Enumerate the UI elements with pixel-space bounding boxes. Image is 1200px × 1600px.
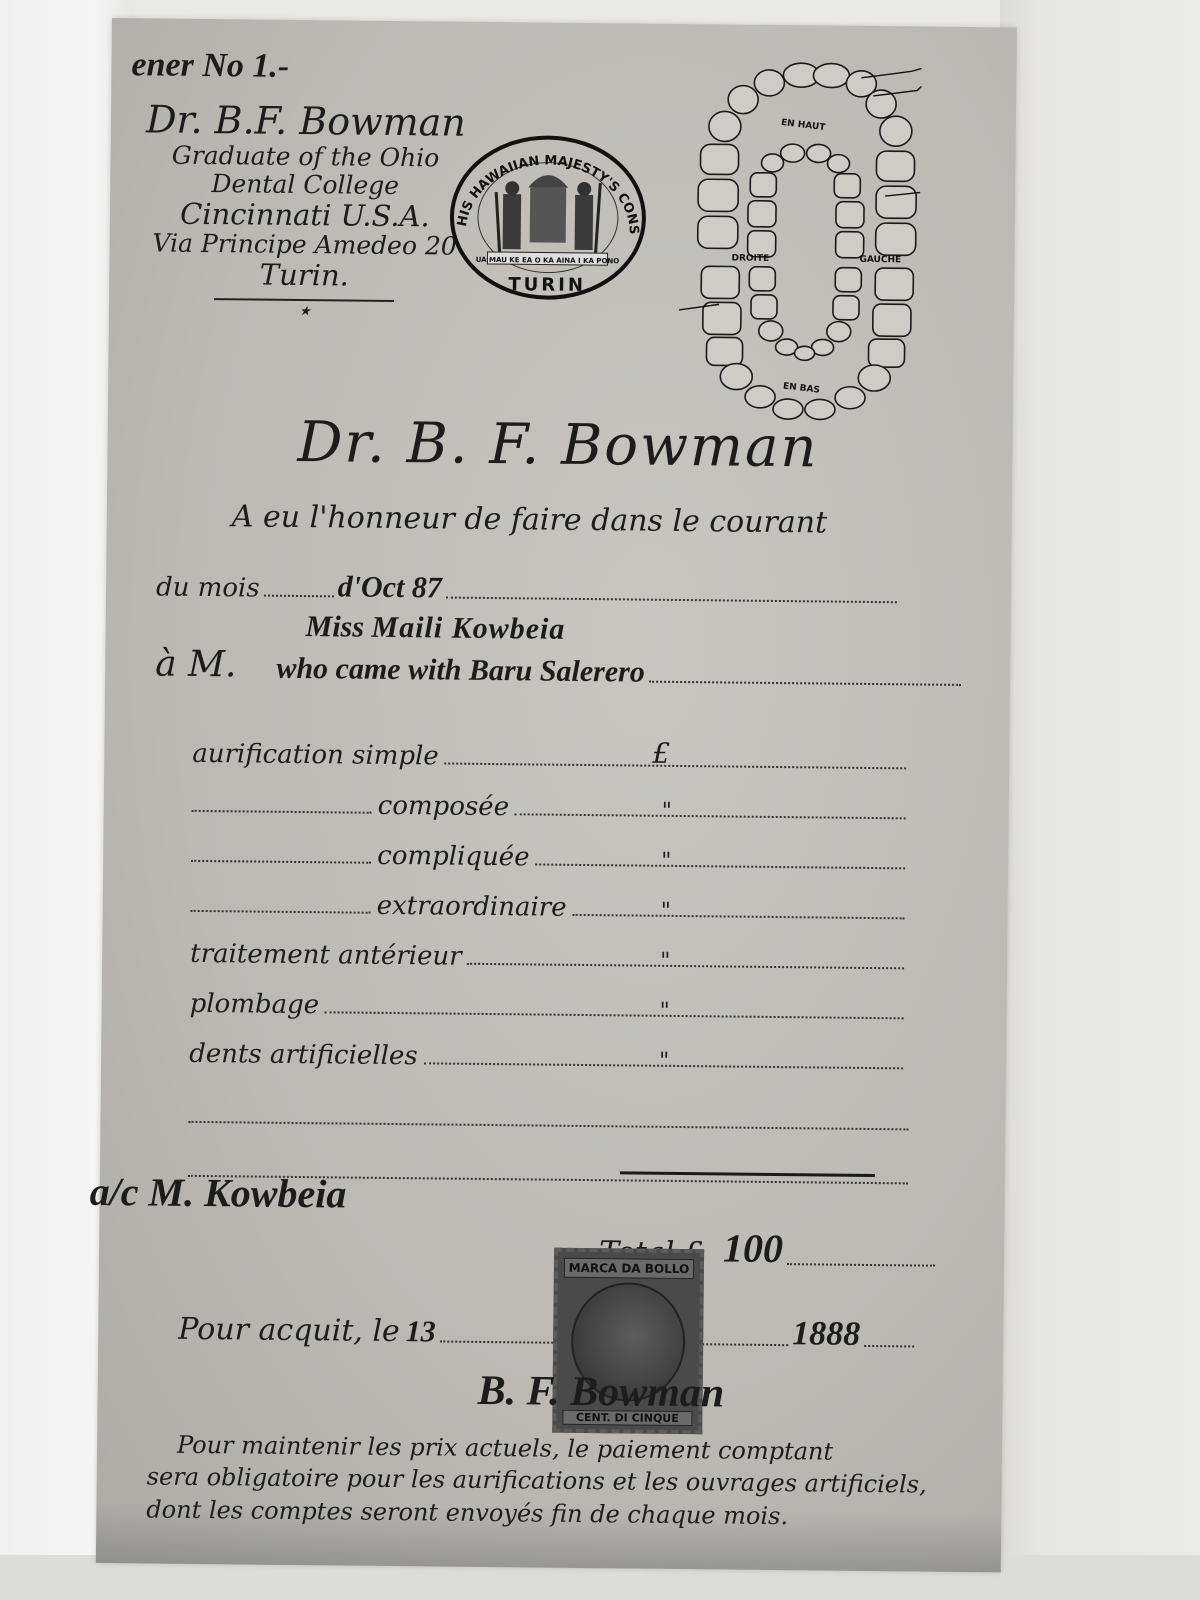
letterhead: Dr. B.F. Bowman Graduate of the Ohio Den… (139, 98, 471, 328)
letterhead-name: Dr. B.F. Bowman (141, 98, 471, 144)
service-item: extraordinaire " (191, 869, 911, 927)
handwritten-header-note: ener No 1.- (131, 46, 289, 86)
book-page-right-margin (1000, 0, 1200, 1600)
svg-text:TURIN: TURIN (508, 274, 586, 296)
letterhead-location: Cincinnati U.S.A. (140, 197, 470, 233)
ditto-mark: " (661, 899, 671, 924)
service-item: traitement antérieur " (190, 919, 910, 977)
practitioner-name: Dr. B. F. Bowman (297, 410, 819, 480)
ditto-mark: " (659, 999, 669, 1024)
receipt-field: Pour acquit, le 13 Mars 1888 (178, 1309, 918, 1355)
item-label: compliquée (377, 841, 530, 873)
recipient-name: Maili Kowbeia (371, 611, 565, 646)
svg-text:UA MAU KE EA O KA AINA I KA PO: UA MAU KE EA O KA AINA I KA PONO (476, 256, 620, 266)
item-label: dents artificielles (189, 1039, 418, 1071)
letterhead-credential-2: Dental College (140, 169, 470, 200)
recipient-prefix: Miss (305, 610, 364, 644)
item-label: traitement antérieur (190, 939, 462, 972)
tooth-chart: EN HAUT EN BAS DROITE GAUCHE (678, 44, 932, 427)
ditto-mark: " (660, 949, 670, 974)
item-label: aurification simple (192, 739, 439, 772)
recipient-field: à M. who came with Baru Salerero (155, 643, 965, 692)
pound-sign: £ (652, 737, 670, 770)
ditto-mark: " (659, 1049, 669, 1074)
service-item: dents artificielles " (189, 1019, 909, 1077)
service-items: aurification simple £ composée " compliq… (188, 719, 913, 1185)
svg-text:EN HAUT: EN HAUT (780, 118, 826, 133)
recipient-label: à M. (155, 643, 237, 685)
service-item: composée " (192, 769, 912, 827)
letterhead-credential-1: Graduate of the Ohio (140, 141, 470, 172)
account-note: a/c M. Kowbeia (89, 1168, 346, 1218)
item-label: extraordinaire (377, 891, 567, 923)
consulate-seal: HIS HAWAIIAN MAJESTY'S CONSULATE UA MAU … (447, 132, 649, 304)
letterhead-city: Turin. (139, 257, 469, 293)
blank-item-row (188, 1069, 909, 1131)
dental-arch-diagram-icon: EN HAUT EN BAS DROITE GAUCHE (678, 44, 932, 427)
month-label: du mois (156, 572, 260, 603)
svg-text:DROITE: DROITE (731, 254, 769, 264)
service-item: plombage " (190, 969, 910, 1027)
item-label: plombage (190, 989, 320, 1020)
recipient-note: who came with Baru Salerero (276, 652, 645, 690)
recipient-line: Miss Maili Kowbeia (305, 610, 565, 647)
receipt-day: 13 (406, 1315, 436, 1349)
month-field: du mois d'Oct 87 (156, 568, 901, 610)
service-item: aurification simple £ (192, 719, 912, 777)
item-label: composée (378, 791, 510, 822)
svg-text:GAUCHE: GAUCHE (859, 255, 901, 265)
receipt-year: 1888 (792, 1315, 860, 1354)
service-item: compliquée " (191, 819, 911, 877)
intro-text: A eu l'honneur de faire dans le courant (232, 499, 828, 540)
ditto-mark: " (661, 849, 671, 874)
receipt-label: Pour acquit, le (178, 1312, 400, 1349)
signature: B. F. Bowman (477, 1367, 724, 1418)
page-shadow (96, 1503, 1002, 1572)
month-value: d'Oct 87 (337, 570, 442, 605)
stamp-top-text: MARCA DA BOLLO (564, 1258, 694, 1279)
seal-emblem-icon: HIS HAWAIIAN MAJESTY'S CONSULATE UA MAU … (447, 132, 649, 304)
ditto-mark: " (662, 799, 672, 824)
svg-text:EN BAS: EN BAS (782, 381, 820, 395)
dental-invoice: ener No 1.- Dr. B.F. Bowman Graduate of … (96, 18, 1017, 1572)
letterhead-address: Via Principe Amedeo 20 (139, 229, 469, 260)
total-value: 100 (723, 1224, 783, 1272)
